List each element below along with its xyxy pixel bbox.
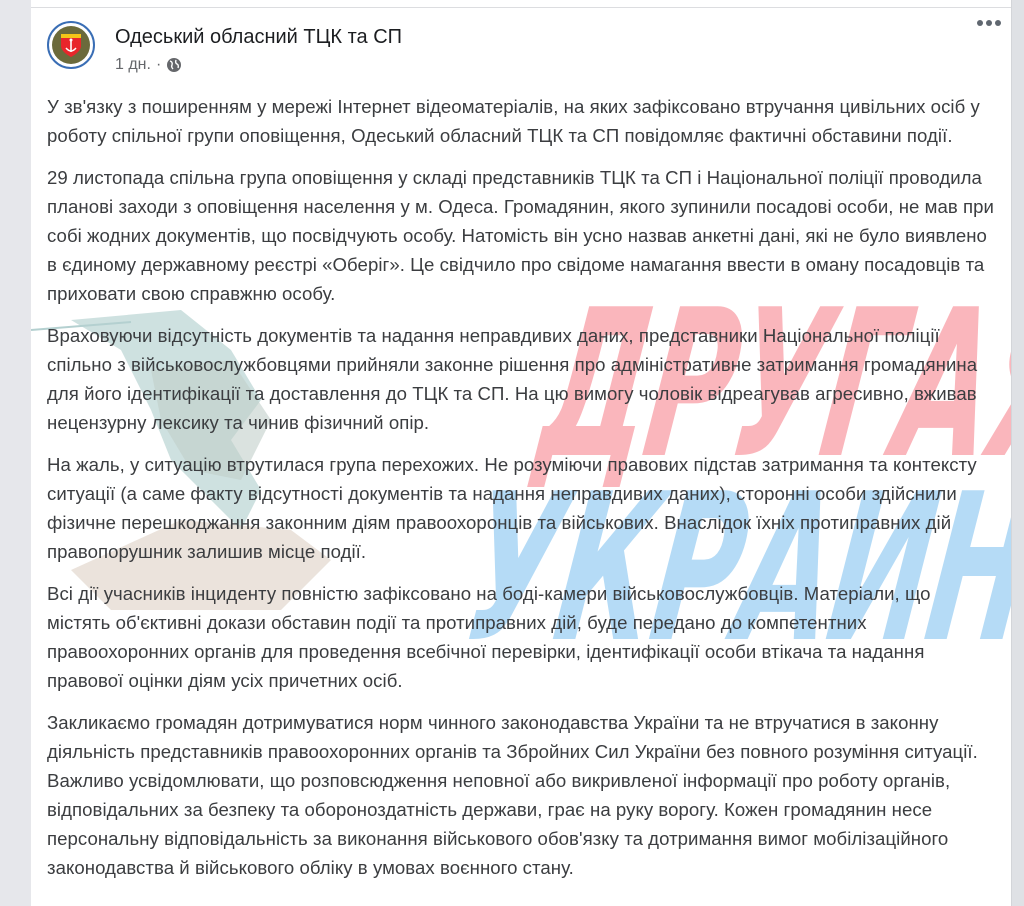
page-background-left — [0, 0, 31, 906]
avatar[interactable] — [47, 21, 95, 69]
post-timestamp[interactable]: 1 дн. — [115, 56, 151, 74]
post-meta: 1 дн. · — [115, 56, 182, 74]
emblem-shield-icon — [59, 32, 83, 58]
post-paragraph: Всі дії учасників інциденту повністю заф… — [47, 579, 997, 695]
post-paragraph: На жаль, у ситуацію втрутилася група пер… — [47, 450, 997, 566]
meta-separator: · — [156, 56, 161, 74]
post-paragraph: Враховуючи відсутність документів та над… — [47, 321, 997, 437]
more-horizontal-icon — [977, 20, 983, 26]
page-author-name[interactable]: Одеський обласний ТЦК та СП — [115, 26, 402, 49]
more-dot — [995, 20, 1001, 26]
scrollbar-track[interactable] — [1011, 0, 1024, 906]
more-dot — [986, 20, 992, 26]
divider — [31, 7, 1011, 8]
post-paragraph: 29 листопада спільна група оповіщення у … — [47, 163, 997, 308]
post-header: Одеський обласний ТЦК та СП 1 дн. · — [47, 20, 987, 70]
post-text: У зв'язку з поширенням у мережі Інтернет… — [47, 92, 997, 895]
globe-icon — [166, 57, 182, 73]
post-paragraph: Закликаємо громадян дотримуватися норм ч… — [47, 708, 997, 882]
post-paragraph: У зв'язку з поширенням у мережі Інтернет… — [47, 92, 997, 150]
post-card: ДРУГАЯ УКРАИНА Одеський обласний ТЦК та … — [31, 0, 1011, 906]
more-options-button[interactable] — [977, 20, 1001, 26]
